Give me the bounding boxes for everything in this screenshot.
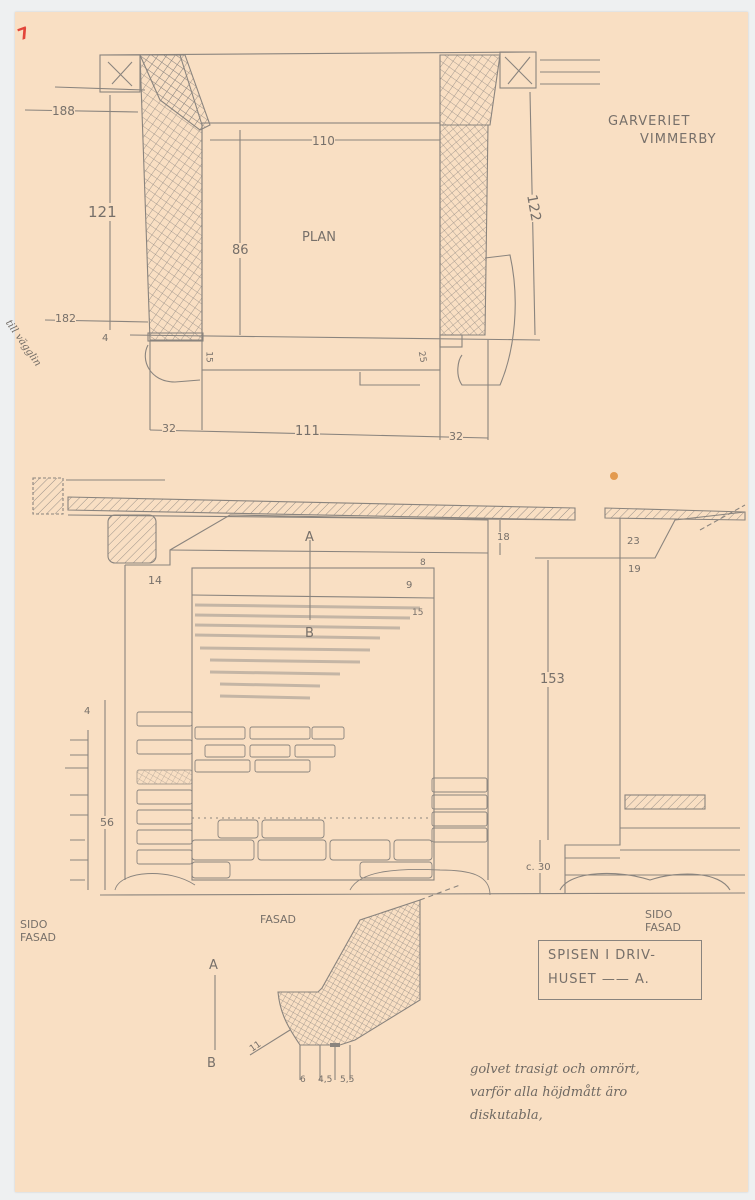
dim-side-jamb: 19 bbox=[628, 564, 641, 575]
title-block-line2: HUSET —— A. bbox=[548, 972, 650, 987]
note-line1: golvet trasigt och omrört, bbox=[470, 1062, 640, 1077]
dim-total-height: 153 bbox=[540, 672, 565, 687]
front-facade-label: FASAD bbox=[260, 913, 296, 926]
plan-label: PLAN bbox=[302, 230, 336, 245]
dim-mantel-height: 18 bbox=[497, 532, 510, 543]
dim-flue-angle: 15 bbox=[412, 608, 423, 618]
side-facade-left-line1: SIDO bbox=[20, 918, 47, 931]
dim-lintel-top: 8 bbox=[420, 558, 426, 568]
section-a-label: A bbox=[209, 958, 218, 973]
dim-section-b: 4,5 bbox=[318, 1075, 332, 1085]
dim-left-step: 4 bbox=[102, 333, 108, 344]
dim-left-floor: 182 bbox=[55, 312, 76, 325]
title-block-line1: SPISEN I DRIV- bbox=[548, 948, 656, 963]
note-line3: diskutabla, bbox=[470, 1108, 543, 1123]
dim-bottom-mid: 111 bbox=[295, 424, 320, 439]
dim-left-height: 121 bbox=[88, 203, 117, 221]
note-line2: varför alla höjdmått äro bbox=[470, 1085, 627, 1100]
dim-side-left-height: 56 bbox=[100, 816, 114, 829]
dim-left-outer: 188 bbox=[52, 104, 75, 118]
side-facade-left-line2: FASAD bbox=[20, 931, 56, 944]
section-marker-b: B bbox=[305, 626, 314, 641]
dim-inner-width: 110 bbox=[312, 134, 335, 148]
section-marker-a: A bbox=[305, 530, 314, 545]
side-facade-right-line1: SIDO bbox=[645, 908, 672, 921]
dim-jamb: 14 bbox=[148, 574, 162, 587]
dim-side-left-small: 4 bbox=[84, 706, 90, 717]
title-line1: GARVERIET bbox=[608, 114, 690, 129]
title-line2: VIMMERBY bbox=[640, 132, 717, 147]
dim-section-c: 5,5 bbox=[340, 1075, 354, 1085]
architectural-drawing bbox=[0, 0, 755, 1200]
dim-section-a: 6 bbox=[300, 1075, 306, 1085]
dim-side-mantel: 23 bbox=[627, 536, 640, 547]
side-facade-right-line2: FASAD bbox=[645, 921, 681, 934]
dim-left-hearth: 15 bbox=[204, 351, 214, 362]
section-b-label: B bbox=[207, 1056, 216, 1071]
dim-hearth-height: c. 30 bbox=[526, 862, 551, 873]
dim-bottom-right: 32 bbox=[449, 430, 463, 443]
dim-bottom-left: 32 bbox=[162, 422, 176, 435]
dim-right-hearth: 25 bbox=[416, 350, 428, 363]
dim-lintel-inner: 9 bbox=[406, 580, 412, 591]
dim-inner-depth: 86 bbox=[232, 243, 249, 258]
